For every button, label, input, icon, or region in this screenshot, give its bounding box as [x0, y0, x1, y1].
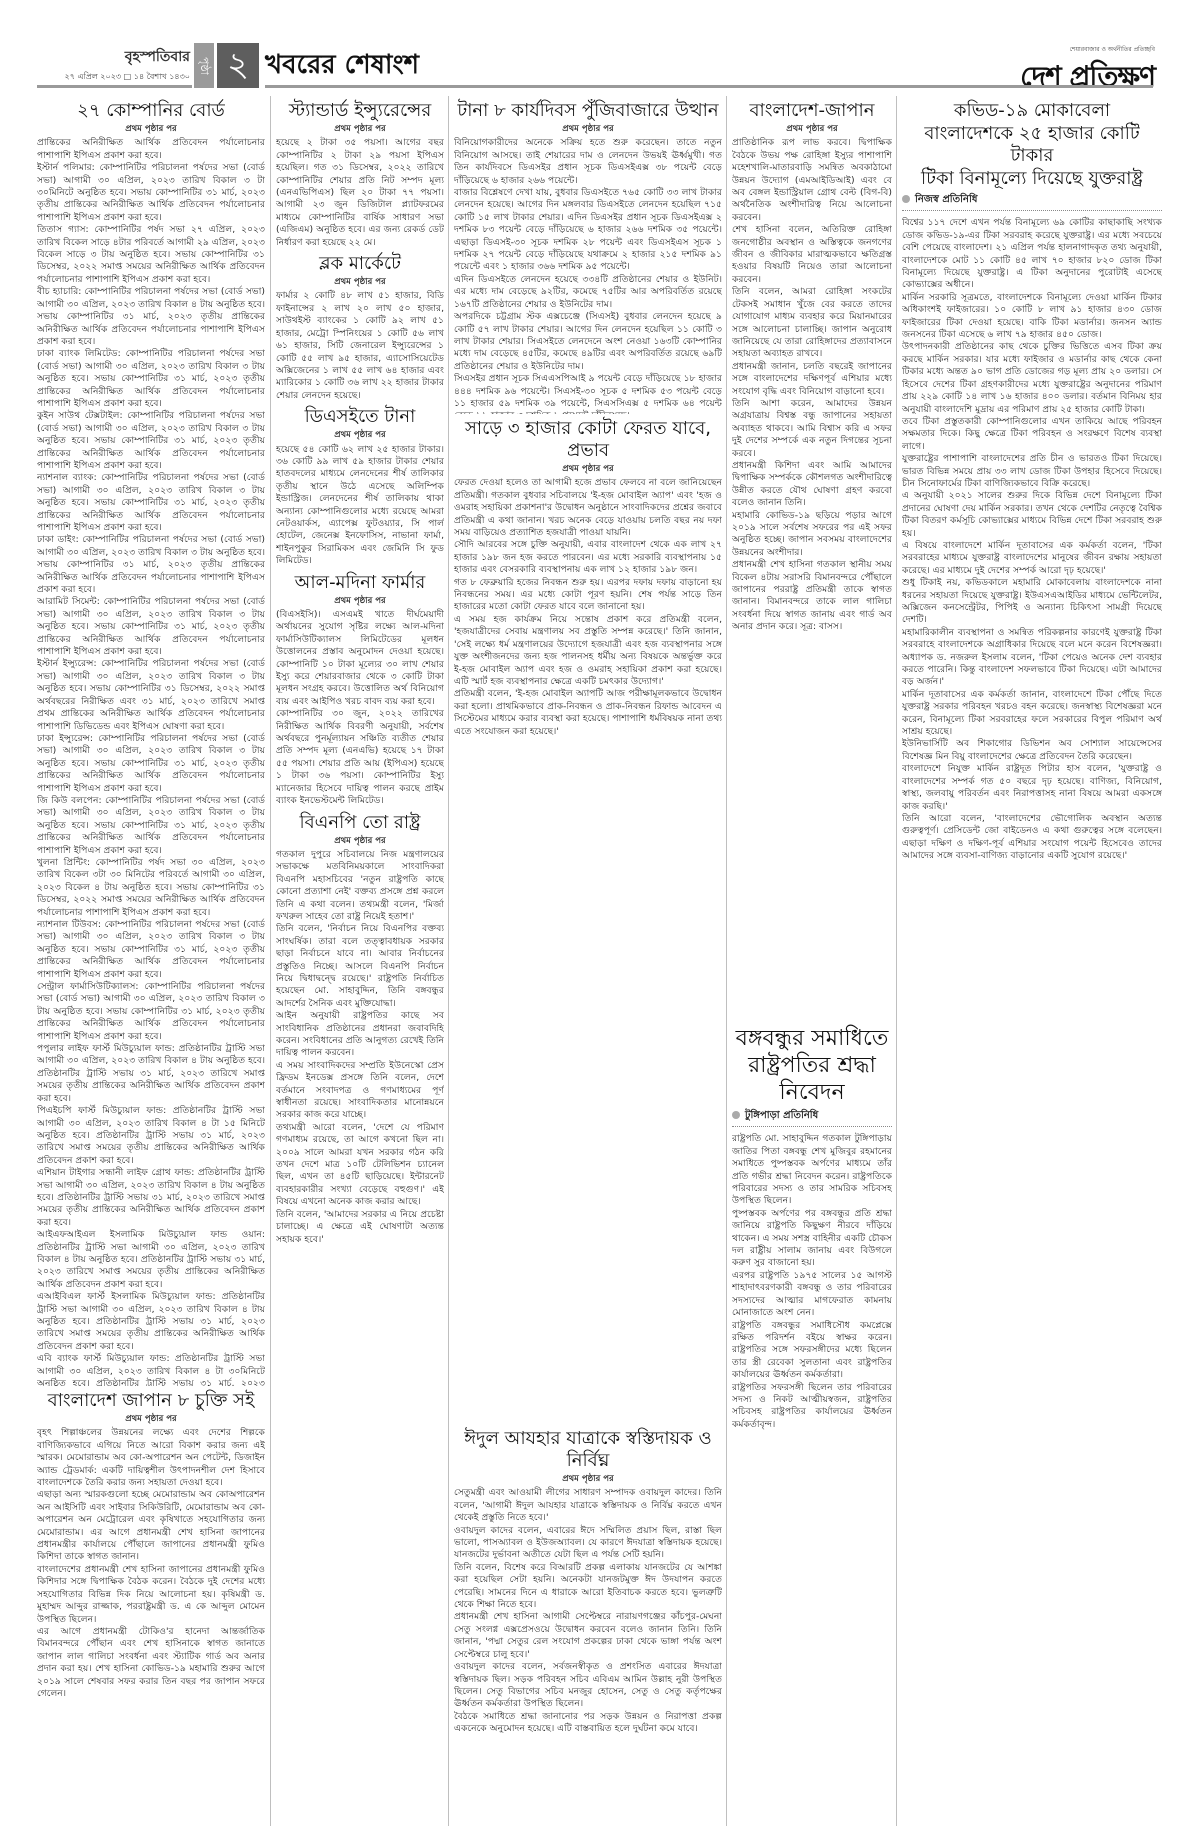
- weekday: বৃহস্পতিবার: [60, 45, 190, 69]
- article-hajj-quota: সাড়ে ৩ হাজার কোটা ফেরত যাবে, প্রভাব প্র…: [454, 414, 722, 1424]
- headline: টানা ৮ কার্যদিবস পুঁজিবাজারে উত্থান: [454, 100, 722, 122]
- paragraph: গতকাল দুপুরে সচিবালয়ে নিজ মন্ত্রণালয়ের…: [276, 849, 444, 923]
- paragraph: মার্কিন সরকারি সূত্রমতে, বাংলাদেশকে বিনা…: [902, 292, 1162, 342]
- paragraph: গত ৮ ফেব্রুয়ারি হজের নিবন্ধন শুরু হয়। …: [454, 577, 722, 614]
- continued-label: প্রথম পৃষ্ঠার পর: [732, 123, 892, 135]
- paragraph: খুলনা প্রিন্টিং: কোম্পানিটির পর্ষদ সভা ৩…: [37, 857, 265, 919]
- headline: ডিএসইতে টানা: [276, 406, 444, 428]
- continued-label: প্রথম পৃষ্ঠার পর: [454, 1473, 722, 1485]
- byline-text: টুঙ্গিপাড়া প্রতিনিধি: [745, 1110, 818, 1121]
- column-divider: [896, 96, 897, 1826]
- paragraph: প্রাতিষ্ঠানিক রূপ লাভ করবে। দ্বিপাক্ষিক …: [732, 137, 892, 224]
- headline: ২৭ কোম্পানির বোর্ড: [37, 100, 265, 122]
- continued-label: প্রথম পৃষ্ঠার পর: [454, 463, 722, 475]
- paragraph: সৌদি আরবের সঙ্গে চুক্তি অনুযায়ী, এবার ব…: [454, 539, 722, 576]
- headline: ঈদুল আযহার যাত্রাকে স্বস্তিদায়ক ও নির্ব…: [454, 1428, 722, 1472]
- paragraph: ন্যাশনাল ব্যাংক: কোম্পানিটির পরিচালনা পর…: [37, 472, 265, 534]
- article-block-market: ব্লক মার্কেটে প্রথম পৃষ্ঠার পর ফার্মার ২…: [276, 253, 444, 402]
- paragraph: হয়েছে ২ টাকা ৩৫ পয়সা। আগের বছর কোম্পান…: [276, 137, 444, 249]
- paragraph: তিনি বলেন, আমরা রোহিঙ্গা সংকটের টেকসই সম…: [732, 286, 892, 360]
- bullet-icon: [902, 195, 910, 203]
- paragraph: এ বিষয়ে বাংলাদেশে মার্কিন দূতাবাসের এক …: [902, 540, 1162, 577]
- headline: বিএনপি তো রাষ্ট্র: [276, 812, 444, 834]
- paragraph: ঢাকা ডাইং: কোম্পানিটির পরিচালনা পর্ষদের …: [37, 534, 265, 596]
- paragraph: বাংলাদেশের প্রধানমন্ত্রী শেখ হাসিনা জাপা…: [37, 1564, 265, 1626]
- column-divider: [448, 96, 449, 1826]
- paragraph: তিতাস গ্যাস: কোম্পানিটির পর্ষদ সভা ২৭ এপ…: [37, 224, 265, 286]
- article-japan-8-deals: বাংলাদেশ জাপান ৮ চুক্তি সই প্রথম পৃষ্ঠার…: [37, 1386, 265, 1826]
- paragraph: আইন অনুযায়ী রাষ্ট্রপতির কাছে সব সাংবিধা…: [276, 1010, 444, 1060]
- paragraph: প্রধানমন্ত্রী শেখ হাসিনা আগামী সেপ্টেম্ব…: [454, 1611, 722, 1661]
- column-4: বাংলাদেশ-জাপান প্রথম পৃষ্ঠার পর প্রাতিষ্…: [732, 96, 892, 1826]
- headline: স্ট্যান্ডার্ড ইন্স্যুরেন্সের: [276, 100, 444, 122]
- paragraph: কোম্পানিটির ৩০ জুন, ২০২২ তারিখের নিরীক্ষ…: [276, 708, 444, 807]
- paragraph: ফার্মার ২ কোটি ৪৮ লাখ ৫১ হাজার, বিডি ফাই…: [276, 290, 444, 402]
- paragraph: এ সময় হজ কার্যক্রম নিয়ে সন্তোষ প্রকাশ …: [454, 614, 722, 688]
- headline-line-3: টিকা বিনামূল্যে দিয়েছে যুক্তরাষ্ট্র: [902, 168, 1162, 190]
- paragraph: পিএইচপি ফার্স্ট মিউচ্যুয়াল ফান্ড: প্রতি…: [37, 1105, 265, 1167]
- paragraph: এশিয়ান টাইগার সন্ধানী লাইফ গ্রোথ ফান্ড:…: [37, 1167, 265, 1229]
- paragraph: প্রধানমন্ত্রী শেখ হাসিনা গতকাল স্থানীয় …: [732, 559, 892, 633]
- paragraph: রাষ্ট্রপতির সফরসঙ্গী ছিলেন তার পরিবারের …: [732, 1382, 892, 1432]
- page-header: বৃহস্পতিবার ২৭ এপ্রিল ২০২৩ □ ১৪ বৈশাখ ১৪…: [0, 0, 1200, 92]
- issue-date: ২৭ এপ্রিল ২০২৩ □ ১৪ বৈশাখ ১৪৩০: [60, 71, 190, 84]
- byline: টুঙ্গিপাড়া প্রতিনিধি: [732, 1110, 892, 1122]
- article-standard-insurance: স্ট্যান্ডার্ড ইন্স্যুরেন্সের প্রথম পৃষ্ঠ…: [276, 100, 444, 249]
- paragraph: তিনি আরো বলেন, 'বাংলাদেশের ভৌগোলিক অবস্থ…: [902, 813, 1162, 863]
- continued-label: প্রথম পৃষ্ঠার পর: [276, 429, 444, 441]
- paragraph: তিনি বলেন, বিশেষ করে বিআরটি প্রকল্প এলাক…: [454, 1562, 722, 1612]
- continued-label: প্রথম পৃষ্ঠার পর: [276, 595, 444, 607]
- page-number: ২: [217, 43, 259, 88]
- paragraph: রাষ্ট্রপতি মো. সাহাবুদ্দিন গতকাল টুঙ্গিপ…: [732, 1133, 892, 1207]
- paragraph: মহামারিকালীন ব্যবস্থাপনা ও সমন্বিত পরিকল…: [902, 627, 1162, 689]
- headline-line-2: বাংলাদেশকে ২৫ হাজার কোটি টাকার: [902, 123, 1162, 167]
- column-2: স্ট্যান্ডার্ড ইন্স্যুরেন্সের প্রথম পৃষ্ঠ…: [276, 96, 444, 1826]
- paragraph: বিনিয়োগকারীদের অনেকে সক্রিয় হতে শুরু ক…: [454, 137, 722, 187]
- paragraph: এ সময় সাংবাদিকদের সম্প্রতি ইউনেস্কো প্র…: [276, 1060, 444, 1122]
- paragraph: এআইবিএল ফার্স্ট ইসলামিক মিউচ্যুয়াল ফান্…: [37, 1291, 265, 1353]
- continued-label: প্রথম পৃষ্ঠার পর: [454, 123, 722, 135]
- paragraph: যুক্তরাষ্ট্রের পাশাপাশি বাংলাদেশের প্রতি…: [902, 453, 1162, 490]
- paragraph: ইস্টার্ন ইন্স্যুরেন্স: কোম্পানিটির পরিচা…: [37, 658, 265, 732]
- paragraph: মার্কিন দূতাবাসের এক কর্মকর্তা জানান, বা…: [902, 689, 1162, 739]
- header-rule-left: [37, 85, 192, 88]
- byline-text: নিজস্ব প্রতিনিধি: [915, 194, 977, 205]
- paragraph: সিএসইর প্রধান সূচক সিএএসপিআই ৯ পয়েন্ট ব…: [454, 373, 722, 414]
- byline: নিজস্ব প্রতিনিধি: [902, 194, 1162, 206]
- paragraph: কুইন সাউথ টেক্সটাইল: কোম্পানিটির পরিচালন…: [37, 410, 265, 472]
- paragraph: সেতুমন্ত্রী এবং আওয়ামী লীগের সাধারণ সম্…: [454, 1487, 722, 1524]
- article-eid-journey: ঈদুল আযহার যাত্রাকে স্বস্তিদায়ক ও নির্ব…: [454, 1428, 722, 1736]
- paragraph: তিনি বলেন, 'আমাদের সরকার এ নিয়ে প্রচেষ্…: [276, 1209, 444, 1246]
- headline-kicker: কভিড-১৯ মোকাবেলা: [902, 100, 1162, 122]
- paragraph: জি কিউ বলপেন: কোম্পানিটির পরিচালনা পর্ষদ…: [37, 795, 265, 857]
- article-market-rise: টানা ৮ কার্যদিবস পুঁজিবাজারে উত্থান প্রথ…: [454, 96, 722, 414]
- paragraph: বৈঠকে সমাধিতে শ্রদ্ধা জানানোর পর সড়ক উন…: [454, 1711, 722, 1736]
- headline: বাংলাদেশ জাপান ৮ চুক্তি সই: [37, 1390, 265, 1412]
- date-block: বৃহস্পতিবার ২৭ এপ্রিল ২০২৩ □ ১৪ বৈশাখ ১৪…: [60, 45, 190, 84]
- column-divider: [726, 96, 727, 1826]
- article-president-tribute: বঙ্গবন্ধুর সমাধিতে রাষ্ট্রপতির শ্রদ্ধা ন…: [732, 1025, 892, 1431]
- paragraph: এর আগে প্রধানমন্ত্রী টোকিও'র হানেদা আন্ত…: [37, 1626, 265, 1700]
- paragraph: রাষ্ট্রপতি বঙ্গবন্ধুর সমাধিসৌধ কমপ্লেক্স…: [732, 1320, 892, 1382]
- paragraph: প্রতিমন্ত্রী বলেন, 'ই-হজ মোবাইল অ্যাপটি …: [454, 688, 722, 738]
- article-body: প্রান্তিকের অনিরীক্ষিত আর্থিক প্রতিবেদন …: [37, 137, 265, 1601]
- headline: ব্লক মার্কেটে: [276, 253, 444, 275]
- paragraph: তিনি আশা করেন, আমাদের উন্নয়ন অগ্রযাত্রা…: [732, 398, 892, 460]
- continued-label: প্রথম পৃষ্ঠার পর: [276, 123, 444, 135]
- column-divider: [270, 96, 271, 1826]
- paragraph: ওবায়দুল কাদের বলেন, সর্বজনস্বীকৃত ও প্র…: [454, 1661, 722, 1711]
- paragraph: এ অনুযায়ী ২০২১ সালের শুরুর দিকে বিভিন্ন…: [902, 490, 1162, 540]
- paragraph: ইস্টার্ন পলিমার: কোম্পানিটির পরিচালনা পর…: [37, 162, 265, 224]
- paragraph: বৃহৎ শিল্পাঞ্চলের উন্নয়নের লক্ষ্যে এবং …: [37, 1427, 265, 1489]
- paragraph: শুধু টিকাই নয়, কভিডকালে মহামারি মোকাবেল…: [902, 577, 1162, 627]
- paragraph: আরামিট সিমেন্ট: কোম্পানিটির পরিচালনা পর্…: [37, 596, 265, 658]
- paragraph: পপুলার লাইফ ফার্স্ট মিউচ্যুয়াল ফান্ড: প…: [37, 1043, 265, 1105]
- section-title: খবরের শেষাংশ: [265, 44, 419, 88]
- bullet-icon: [732, 1111, 740, 1119]
- paragraph: ন্যাশনাল টিউবস: কোম্পানিটির পরিচালনা পর্…: [37, 919, 265, 981]
- newspaper-logo: শেয়ারবাজার ও অর্থনীতির প্রতিচ্ছবি দেশ প…: [1020, 44, 1155, 102]
- paragraph: বাজার বিশ্লেষণে দেখা যায়, বুধবার ডিএসইত…: [454, 187, 722, 274]
- paragraph: অপরদিকে চট্টগ্রাম স্টক এক্সচেঞ্জে (সিএসই…: [454, 311, 722, 373]
- paragraph: উৎপাদনকারী প্রতিষ্ঠানের কাছ থেকে চুক্তির…: [902, 341, 1162, 415]
- paragraph: বিশ্বের ১১৭ দেশে এখন পর্যন্ত বিনামূল্যে …: [902, 217, 1162, 291]
- paragraph: এদিন ডিএসইতে লেনদেন হয়েছে ৩৩৪টি প্রতিষ্…: [454, 274, 722, 311]
- paragraph: হয়েছে ৫৪ কোটি ৬২ লাখ ২৫ হাজার টাকার। ৩৬…: [276, 444, 444, 568]
- paragraph: আইএফআইএল ইসলামিক মিউচ্যুয়াল ফান্ড ওয়ান…: [37, 1229, 265, 1291]
- paragraph: প্রান্তিকের অনিরীক্ষিত আর্থিক প্রতিবেদন …: [37, 137, 265, 162]
- dotted-divider: [902, 210, 1162, 211]
- paragraph: (বিএসইসি)। এসএমই খাতে দীর্ঘমেয়াদী অর্থা…: [276, 609, 444, 708]
- article-al-madina-pharma: আল-মদিনা ফার্মার প্রথম পৃষ্ঠার পর (বিএসই…: [276, 572, 444, 808]
- paragraph: বাংলাদেশে নিযুক্ত মার্কিন রাষ্ট্রদূত পিট…: [902, 763, 1162, 813]
- article-bnp-state: বিএনপি তো রাষ্ট্র প্রথম পৃষ্ঠার পর গতকাল…: [276, 812, 444, 1246]
- column-3: টানা ৮ কার্যদিবস পুঁজিবাজারে উত্থান প্রথ…: [454, 96, 722, 1826]
- dotted-divider: [732, 1126, 892, 1127]
- headline: বাংলাদেশ-জাপান: [732, 100, 892, 122]
- paragraph: এরপর রাষ্ট্রপতি ১৯৭৫ সালের ১৫ আগস্ট শাহা…: [732, 1270, 892, 1320]
- header-rule-right: [265, 85, 1153, 88]
- paragraph: তিনি বলেন, 'নির্বাচন নিয়ে বিএনপির বক্তব…: [276, 923, 444, 1010]
- paragraph: প্রধানমন্ত্রী জানান, চলতি বছরেই জাপানের …: [732, 361, 892, 398]
- headline: সাড়ে ৩ হাজার কোটা ফেরত যাবে, প্রভাব: [454, 418, 722, 462]
- paragraph: পুষ্পস্তবক অর্পণের পর বঙ্গবন্ধুর প্রতি শ…: [732, 1208, 892, 1270]
- paragraph: ঢাকা ব্যাংক লিমিটেড: কোম্পানিটির পরিচালন…: [37, 348, 265, 410]
- paragraph: বীচ হ্যাচারি: কোম্পানিটির পরিচালনা পর্ষদ…: [37, 286, 265, 348]
- continued-label: প্রথম পৃষ্ঠার পর: [276, 276, 444, 288]
- paragraph: এছাড়া অন্য স্মারকগুলো হচ্ছে মেমোরান্ডাম…: [37, 1489, 265, 1563]
- article-dse-continuous: ডিএসইতে টানা প্রথম পৃষ্ঠার পর হয়েছে ৫৪ …: [276, 406, 444, 567]
- logo-tagline: শেয়ারবাজার ও অর্থনীতির প্রতিচ্ছবি: [1020, 44, 1155, 55]
- continued-label: প্রথম পৃষ্ঠার পর: [37, 123, 265, 135]
- continued-label: প্রথম পৃষ্ঠার পর: [276, 835, 444, 847]
- continued-label: প্রথম পৃষ্ঠার পর: [37, 1413, 265, 1425]
- paragraph: ফেরত দেওয়া হলেও তা আগামী হজে প্রভাব ফেল…: [454, 477, 722, 539]
- paragraph: শেখ হাসিনা বলেন, অতিরিক্ত রোহিঙ্গা জনগোষ…: [732, 224, 892, 286]
- logo-name: দেশ প্রতিক্ষণ: [1020, 55, 1155, 102]
- article-bangladesh-japan: বাংলাদেশ-জাপান প্রথম পৃষ্ঠার পর প্রাতিষ্…: [732, 96, 892, 1021]
- article-covid-vaccine: কভিড-১৯ মোকাবেলা বাংলাদেশকে ২৫ হাজার কোট…: [902, 96, 1162, 1826]
- paragraph: মহামারি কোভিড-১৯ ছড়িয়ে পড়ার আগে ২০১৯ …: [732, 510, 892, 560]
- paragraph: ওবায়দুল কাদের বলেন, এবারের ঈদে সম্মিলিত…: [454, 1525, 722, 1562]
- headline: আল-মদিনা ফার্মার: [276, 572, 444, 594]
- paragraph: ঢাকা ইন্স্যুরেন্স: কোম্পানিটির পরিচালনা …: [37, 733, 265, 795]
- paragraph: সেন্ট্রাল ফার্মাসিউটিক্যালস: কোম্পানিটির…: [37, 981, 265, 1043]
- paragraph: ইউনিভার্সিটি অব শিকাগোর ডিভিশন অব সোশ্যা…: [902, 738, 1162, 763]
- page-label: পৃষ্ঠা: [194, 43, 214, 88]
- paragraph: তবে টিকা প্রস্তুতকারী কোম্পানিগুলোর এখন …: [902, 416, 1162, 453]
- paragraph: প্রধানমন্ত্রী কিশিদা এবং আমি আমাদের দ্বি…: [732, 460, 892, 510]
- headline: বঙ্গবন্ধুর সমাধিতে রাষ্ট্রপতির শ্রদ্ধা ন…: [732, 1025, 892, 1106]
- paragraph: তথ্যমন্ত্রী আরো বলেন, 'দেশে যে পরিমাণ গণ…: [276, 1122, 444, 1209]
